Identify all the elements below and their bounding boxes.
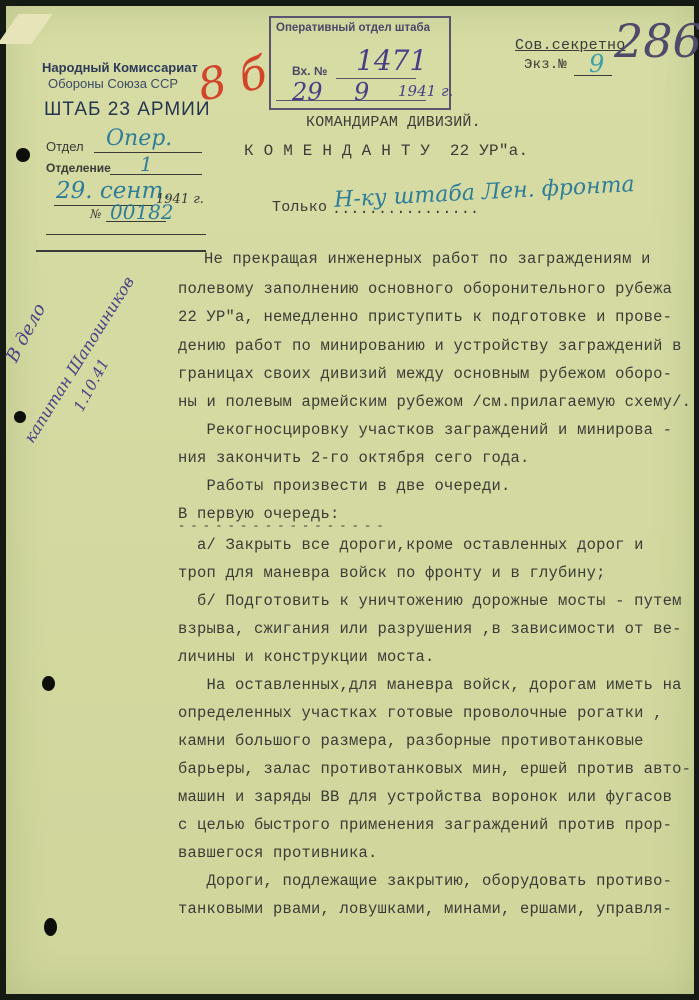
body-line-1: Не прекращая инженерных работ по загражд… [204, 250, 651, 268]
body-line-24: танковыми рвами, ловушками, минами, ерша… [178, 900, 672, 918]
body-line-12: троп для маневра войск по фронту и в глу… [178, 564, 606, 582]
body-line-17: определенных участках готовые проволочны… [178, 704, 663, 722]
punch-hole [14, 411, 26, 423]
body-line-3: 22 УР"а, немедленно приступить к подгото… [178, 308, 672, 326]
punch-hole [42, 676, 55, 691]
stamp-date-month: 9 [354, 78, 369, 106]
body-line-9: Работы произвести в две очереди. [178, 477, 511, 495]
body-line-22: вавшегося противника. [178, 844, 378, 862]
margin-note-to-file: В дело [2, 300, 50, 366]
body-line-5: границах своих дивизий между основным ру… [178, 365, 672, 383]
folded-corner [0, 14, 53, 44]
body-line-15: личины и конструкции моста. [178, 648, 435, 666]
body-line-11: а/ Закрыть все дороги,кроме оставленных … [178, 536, 644, 554]
body-line-6: ны и полевым армейским рубежом /см.прила… [178, 393, 691, 411]
commissariat-line-2: Обороны Союза ССР [48, 76, 178, 91]
punch-hole [44, 918, 57, 936]
copy-value: 9 [589, 50, 604, 78]
incoming-stamp-title: Оперативный отдел штаба [276, 22, 430, 34]
body-line-14: взрыва, сжигания или разрушения ,в завис… [178, 620, 682, 638]
body-line-23: Дороги, подлежащие закрытию, оборудовать… [178, 872, 672, 890]
otdelenie-rule [110, 174, 202, 175]
stamp-date-day: 29 [292, 78, 323, 106]
otdelenie-value: 1 [140, 152, 153, 176]
otdel-label: Отдел [46, 139, 84, 154]
body-line-16: На оставленных,для маневра войск, дорога… [178, 676, 682, 694]
body-line-2: полевому заполнению основного оборонител… [178, 280, 672, 298]
body-line-13: б/ Подготовить к уничтожению дорожные мо… [178, 592, 682, 610]
copy-label: Экз.№ [524, 57, 567, 73]
first-stage-underline: - - - - - - - - - - - - - - - - - [178, 519, 383, 533]
handwritten-registry-number: 286 [614, 14, 699, 68]
addressee-division-commanders: КОМАНДИРАМ ДИВИЗИЙ. [306, 114, 481, 131]
red-pencil-mark: 8 б [193, 47, 271, 111]
body-line-7: Рекогносцировку участков заграждений и м… [178, 421, 672, 439]
number-value: 00182 [110, 200, 174, 224]
number-label: № [90, 207, 101, 221]
punch-hole [16, 148, 30, 162]
body-line-20: машин и заряды ВВ для устройства воронок… [178, 788, 672, 806]
body-line-4: дению работ по минированию и устройству … [178, 337, 682, 355]
document-page: Народный Комиссариат Обороны Союза ССР Ш… [6, 6, 694, 994]
only-label: Только [272, 199, 327, 216]
vh-label: Вх. № [292, 64, 327, 78]
body-line-21: с целью быстрого применения заграждений … [178, 816, 672, 834]
addressee-ur-commandant: К О М Е Н Д А Н Т У 22 УР"а. [244, 142, 528, 160]
stamp-date-year: 1941 г. [398, 82, 453, 100]
commissariat-line: Народный Комиссариат [42, 60, 198, 75]
body-line-19: барьеры, залас противотанковых мин, ерше… [178, 760, 691, 778]
vh-rule [336, 78, 416, 79]
otdelenie-label: Отделение [46, 161, 111, 175]
header-divider-1 [46, 234, 206, 235]
only-handwritten-recipient: Н-ку штаба Лен. фронта [334, 172, 636, 213]
vh-value: 1471 [356, 44, 427, 77]
header-divider-2 [36, 250, 206, 252]
margin-note-signature: капитан Шапошников [20, 273, 138, 446]
secrecy-label: Сов.секретно [515, 37, 625, 54]
body-line-18: камни большого размера, разборные против… [178, 732, 644, 750]
otdel-value: Опер. [106, 126, 172, 151]
army-hq-title: ШТАБ 23 АРМИИ [44, 99, 211, 121]
body-line-8: ния закончить 2-го октября сего года. [178, 449, 530, 467]
